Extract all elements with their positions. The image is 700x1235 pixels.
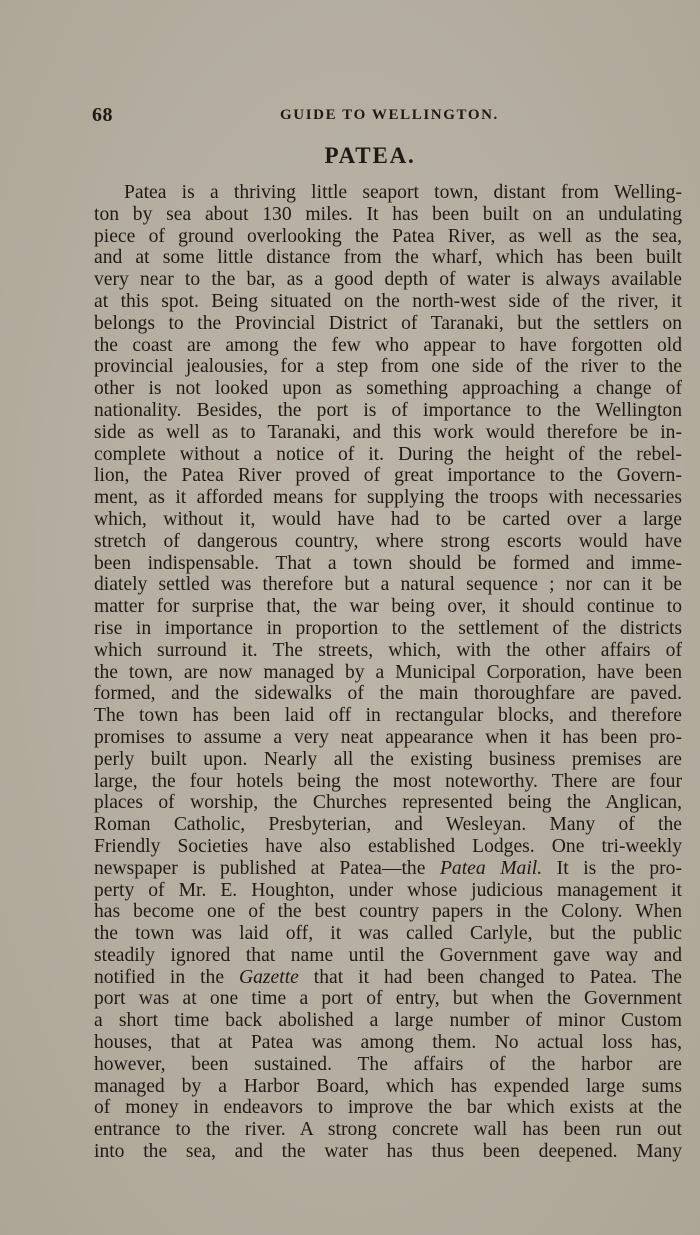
text-line: promises to assume a very neat appearanc… bbox=[94, 727, 682, 749]
text-segment: notified in the bbox=[94, 967, 239, 988]
text-line: stretch of dangerous country, where stro… bbox=[94, 531, 682, 553]
section-title: PATEA. bbox=[0, 143, 700, 169]
text-line: rise in importance in proportion to the … bbox=[94, 618, 682, 640]
text-segment: newspaper is published at Patea—the bbox=[94, 858, 440, 879]
text-line: Friendly Societies have also established… bbox=[94, 836, 682, 858]
gazette-title: Gazette bbox=[239, 967, 299, 988]
text-line: large, the four hotels being the most no… bbox=[94, 771, 682, 793]
text-line: formed, and the sidewalks of the main th… bbox=[94, 683, 682, 705]
text-line: which, without it, would have had to be … bbox=[94, 509, 682, 531]
text-line: at this spot. Being situated on the nort… bbox=[94, 291, 682, 313]
page-number: 68 bbox=[92, 104, 113, 127]
text-line: the town, are now managed by a Municipal… bbox=[94, 662, 682, 684]
text-line: other is not looked upon as something ap… bbox=[94, 378, 682, 400]
text-line: the coast are among the few who appear t… bbox=[94, 335, 682, 357]
text-line: provincial jealousies, for a step from o… bbox=[94, 356, 682, 378]
book-page: 68 GUIDE TO WELLINGTON. PATEA. Patea is … bbox=[0, 0, 700, 1235]
text-line: ton by sea about 130 miles. It has been … bbox=[94, 204, 682, 226]
text-line: entrance to the river. A strong concrete… bbox=[94, 1119, 682, 1141]
text-line: however, been sustained. The affairs of … bbox=[94, 1054, 682, 1076]
text-line: of money in endeavors to improve the bar… bbox=[94, 1097, 682, 1119]
text-line: managed by a Harbor Board, which has exp… bbox=[94, 1076, 682, 1098]
text-line: the town was laid off, it was called Car… bbox=[94, 923, 682, 945]
text-line: ment, as it afforded means for supplying… bbox=[94, 487, 682, 509]
text-line: lion, the Patea River proved of great im… bbox=[94, 465, 682, 487]
text-line: into the sea, and the water has thus bee… bbox=[94, 1141, 682, 1163]
text-line: has become one of the best country paper… bbox=[94, 901, 682, 923]
text-line: The town has been laid off in rectangula… bbox=[94, 705, 682, 727]
body-paragraph: Patea is a thriving little seaport town,… bbox=[94, 182, 682, 1163]
text-segment: It is the pro- bbox=[542, 858, 682, 879]
text-line: perty of Mr. E. Houghton, under whose ju… bbox=[94, 880, 682, 902]
text-line: a short time back abolished a large numb… bbox=[94, 1010, 682, 1032]
text-line: piece of ground overlooking the Patea Ri… bbox=[94, 226, 682, 248]
text-line: nationality. Besides, the port is of imp… bbox=[94, 400, 682, 422]
text-line: very near to the bar, as a good depth of… bbox=[94, 269, 682, 291]
text-line: steadily ignored that name until the Gov… bbox=[94, 945, 682, 967]
text-line: houses, that at Patea was among them. No… bbox=[94, 1032, 682, 1054]
text-line: side as well as to Taranaki, and this wo… bbox=[94, 422, 682, 444]
text-line: belongs to the Provincial District of Ta… bbox=[94, 313, 682, 335]
text-line-gazette: notified in the Gazette that it had been… bbox=[94, 967, 682, 989]
text-line: which surround it. The streets, which, w… bbox=[94, 640, 682, 662]
newspaper-title: Patea Mail. bbox=[440, 858, 542, 879]
text-line: perly built upon. Nearly all the existin… bbox=[94, 749, 682, 771]
text-line: been indispensable. That a town should b… bbox=[94, 553, 682, 575]
text-line: Patea is a thriving little seaport town,… bbox=[94, 182, 682, 204]
text-line: and at some little distance from the wha… bbox=[94, 247, 682, 269]
text-line: Roman Catholic, Presbyterian, and Wesley… bbox=[94, 814, 682, 836]
text-line-newspaper: newspaper is published at Patea—the Pate… bbox=[94, 858, 682, 880]
text-segment: that it had been changed to Patea. The bbox=[299, 967, 682, 988]
text-line: matter for surprise that, the war being … bbox=[94, 596, 682, 618]
running-title: GUIDE TO WELLINGTON. bbox=[280, 107, 499, 124]
running-header: 68 GUIDE TO WELLINGTON. bbox=[92, 104, 602, 128]
text-line: diately settled was therefore but a natu… bbox=[94, 574, 682, 596]
text-line: complete without a notice of it. During … bbox=[94, 444, 682, 466]
text-line: port was at one time a port of entry, bu… bbox=[94, 988, 682, 1010]
text-line: places of worship, the Churches represen… bbox=[94, 792, 682, 814]
